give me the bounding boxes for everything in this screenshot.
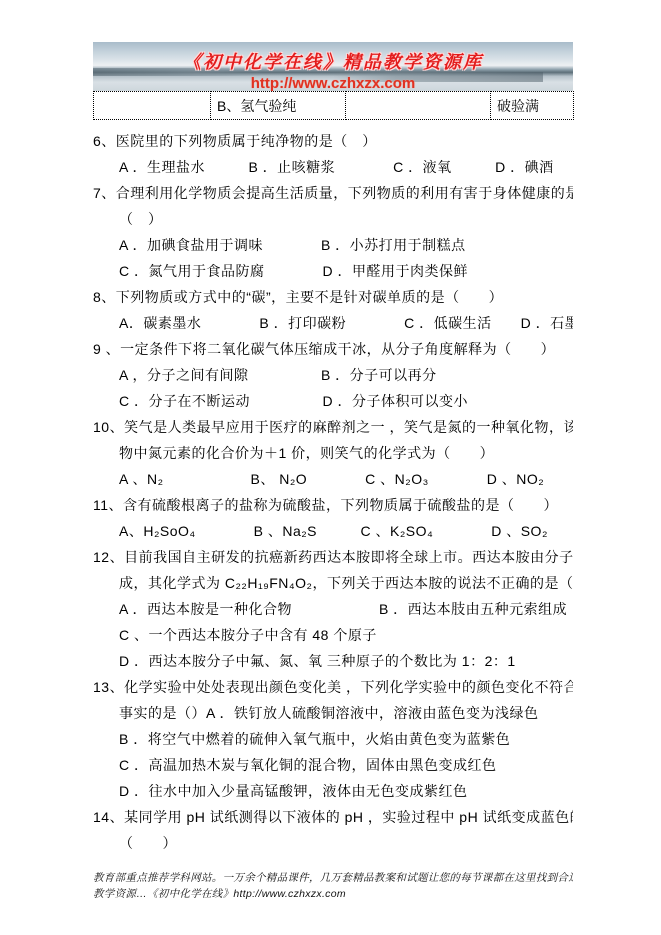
question: 13、化学实验中处处表现出颜色变化美 ，下列化学实验中的颜色变化不符合实验事实的… [93, 674, 573, 804]
page-footer: 教育部重点推荐学科网站。一万余个精品课件，几万套精品教案和试题让您的每节课都在这… [93, 870, 573, 902]
question: 14、某同学用 pH 试纸测得以下液体的 pH ，实验过程中 pH 试纸变成蓝色… [93, 804, 573, 856]
table-cell-3 [346, 92, 491, 120]
question-line: （ ） [93, 206, 573, 232]
question-line: C 、一个西达本胺分子中含有 48 个原子 [93, 622, 573, 648]
question: 11、含有硫酸根离子的盐称为硫酸盐，下列物质属于硫酸盐的是（ ）A、H₂SoO₄… [93, 492, 573, 544]
question-line: B ．将空气中燃着的硫伸入氧气瓶中，火焰由黄色变为蓝紫色 [93, 726, 573, 752]
question-line: A、H₂SoO₄ B 、Na₂S C 、K₂SO₄ D 、SO₂ [93, 518, 573, 544]
question-line: 7、合理利用化学物质会提高生活质量，下列物质的利用有害于身体健康的是 [93, 180, 573, 206]
question-line: 14、某同学用 pH 试纸测得以下液体的 pH ，实验过程中 pH 试纸变成蓝色… [93, 804, 573, 830]
banner-url: http://www.czhxzx.com [93, 75, 573, 92]
table-cell-1 [94, 92, 211, 120]
site-banner: 《初中化学在线》精品教学资源库 http://www.czhxzx.com [93, 42, 573, 91]
question-line: 11、含有硫酸根离子的盐称为硫酸盐，下列物质属于硫酸盐的是（ ） [93, 492, 573, 518]
question-line: A 、N₂ B、 N₂O C 、N₂O₃ D 、NO₂ [93, 466, 573, 492]
question-line: A ．生理盐水 B ．止咳糖浆 C ．液氧 D ．碘酒 [93, 154, 573, 180]
question-line: 9 、一定条件下将二氧化碳气体压缩成干冰，从分子角度解释为（ ） [93, 336, 573, 362]
question-line: D ．西达本胺分子中氟、氮、氧 三种原子的个数比为 1：2：1 [93, 648, 573, 674]
question-line: C ．氮气用于食品防腐 D ．甲醛用于肉类保鲜 [93, 258, 573, 284]
questions: 6、医院里的下列物质属于纯净物的是（ ）A ．生理盐水 B ．止咳糖浆 C ．液… [93, 128, 573, 856]
question-line: 6、医院里的下列物质属于纯净物的是（ ） [93, 128, 573, 154]
question-line: D ．往水中加入少量高锰酸钾，液体由无色变成紫红色 [93, 778, 573, 804]
footer-line-2: 教学资源…《初中化学在线》http://www.czhxzx.com [93, 886, 573, 902]
question: 12、目前我国自主研发的抗癌新药西达本胺即将全球上市。西达本胺由分子构成，其化学… [93, 544, 573, 674]
table-cell-2: B、氢气验纯 [211, 92, 346, 120]
table-row: B、氢气验纯 破验满 [94, 92, 574, 120]
question: 8、下列物质或方式中的“碳”，主要不是针对碳单质的是（ ）A．碳素墨水 B ．打… [93, 284, 573, 336]
banner-title: 《初中化学在线》精品教学资源库 [93, 42, 573, 74]
question-line: （ ） [93, 830, 573, 856]
question-line: 物中氮元素的化合价为＋1 价，则笑气的化学式为（ ） [93, 440, 573, 466]
question-line: C ．分子在不断运动 D ．分子体积可以变小 [93, 388, 573, 414]
question-line: 12、目前我国自主研发的抗癌新药西达本胺即将全球上市。西达本胺由分子构 [93, 544, 573, 570]
document-page: 《初中化学在线》精品教学资源库 http://www.czhxzx.com B、… [93, 42, 573, 902]
question-line: A ，分子之间有间隙 B ．分子可以再分 [93, 362, 573, 388]
table-cell-4: 破验满 [491, 92, 574, 120]
answer-table: B、氢气验纯 破验满 [93, 91, 574, 120]
question-line: A ．加碘食盐用于调味 B ．小苏打用于制糕点 [93, 232, 573, 258]
question: 10、笑气是人类最早应用于医疗的麻醉剂之一 ，笑气是氮的一种氧化物，该氧化物中氮… [93, 414, 573, 492]
footer-line-1: 教育部重点推荐学科网站。一万余个精品课件，几万套精品教案和试题让您的每节课都在这… [93, 870, 573, 886]
question-line: A ．西达本胺是一种化合物 B ．西达本肢由五种元索组成 [93, 596, 573, 622]
question: 7、合理利用化学物质会提高生活质量，下列物质的利用有害于身体健康的是（ ）A ．… [93, 180, 573, 284]
question-line: 成，其化学式为 C₂₂H₁₉FN₄O₂，下列关于西达本胺的说法不正确的是（ ） [93, 570, 573, 596]
question: 6、医院里的下列物质属于纯净物的是（ ）A ．生理盐水 B ．止咳糖浆 C ．液… [93, 128, 573, 180]
question-line: 事实的是（）A ．铁钉放人硫酸铜溶液中，溶液由蓝色变为浅绿色 [93, 700, 573, 726]
question: 9 、一定条件下将二氧化碳气体压缩成干冰，从分子角度解释为（ ）A ，分子之间有… [93, 336, 573, 414]
question-line: A．碳素墨水 B ．打印碳粉 C ．低碳生活 D ．石墨碳棒 [93, 310, 573, 336]
question-line: 10、笑气是人类最早应用于医疗的麻醉剂之一 ，笑气是氮的一种氧化物，该氧化 [93, 414, 573, 440]
question-line: 13、化学实验中处处表现出颜色变化美 ，下列化学实验中的颜色变化不符合实验 [93, 674, 573, 700]
question-line: C ．高温加热木炭与氧化铜的混合物，固体由黑色变成红色 [93, 752, 573, 778]
question-line: 8、下列物质或方式中的“碳”，主要不是针对碳单质的是（ ） [93, 284, 573, 310]
